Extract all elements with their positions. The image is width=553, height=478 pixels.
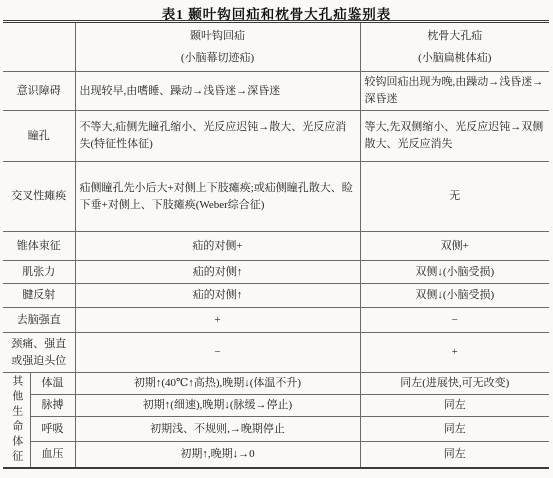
- row-label: 腱反射: [3, 284, 75, 308]
- cell-foramen: 双侧+: [360, 232, 549, 261]
- cell-uncal: 初期↑,晚期↓→0: [75, 442, 360, 468]
- row-label: 瞳孔: [3, 111, 75, 162]
- row-tendon-reflex: 腱反射 疝的对侧↑ 双侧↓(小脑受损): [3, 284, 549, 308]
- header-foramen-line2: (小脑扁桃体疝): [365, 47, 546, 69]
- cell-foramen: −: [360, 308, 549, 333]
- cell-foramen: 同左: [360, 395, 549, 417]
- cell-uncal: 初期↑(细速),晚期↓(脉缓→停止): [75, 395, 360, 417]
- cell-uncal: 出现较早,由嗜睡、躁动→浅昏迷→深昏迷: [75, 72, 360, 111]
- cell-uncal: 疝侧瞳孔先小后大+对侧上下肢瘫痪;或疝侧瞳孔散大、睑下垂+对侧上、下肢瘫痪(We…: [75, 162, 360, 232]
- row-label: 呼吸: [30, 417, 75, 442]
- cell-foramen: +: [360, 333, 549, 373]
- cell-foramen: 同左: [360, 442, 549, 468]
- header-empty-cell: [3, 22, 75, 72]
- row-label: 颈痛、强直或强迫头位: [3, 333, 75, 373]
- row-label: 血压: [30, 442, 75, 468]
- header-uncal-line1: 颞叶钩回疝: [80, 25, 356, 47]
- row-pupils: 瞳孔 不等大,疝侧先瞳孔缩小、光反应迟钝→散大、光反应消失(特征性体征) 等大,…: [3, 111, 549, 162]
- cell-foramen: 双侧↓(小脑受损): [360, 284, 549, 308]
- cell-foramen: 同左: [360, 417, 549, 442]
- row-neck-pain-rigidity: 颈痛、强直或强迫头位 − +: [3, 333, 549, 373]
- cell-uncal: −: [75, 333, 360, 373]
- cell-uncal: 疝的对侧+: [75, 232, 360, 261]
- differential-diagnosis-table: 颞叶钩回疝 (小脑幕切迹疝) 枕骨大孔疝 (小脑扁桃体疝) 意识障碍 出现较早,…: [3, 20, 549, 469]
- row-pyramidal-signs: 锥体束征 疝的对侧+ 双侧+: [3, 232, 549, 261]
- header-uncal-herniation: 颞叶钩回疝 (小脑幕切迹疝): [75, 22, 360, 72]
- row-label: 肌张力: [3, 261, 75, 284]
- row-label: 交叉性瘫痪: [3, 162, 75, 232]
- header-uncal-line2: (小脑幕切迹疝): [80, 47, 356, 69]
- cell-uncal: 初期浅、不规则,→晚期停止: [75, 417, 360, 442]
- row-label: 去脑强直: [3, 308, 75, 333]
- header-foramen-line1: 枕骨大孔疝: [365, 25, 546, 47]
- row-consciousness: 意识障碍 出现较早,由嗜睡、躁动→浅昏迷→深昏迷 较钩回疝出现为晚,由躁动→浅昏…: [3, 72, 549, 111]
- cell-uncal: 疝的对侧↑: [75, 284, 360, 308]
- vital-signs-group-label: 其他生命体征: [3, 373, 30, 469]
- row-body-temperature: 其他生命体征 体温 初期↑(40℃↑高热),晚期↓(体温不升) 同左(进展快,可…: [3, 373, 549, 395]
- cell-foramen: 较钩回疝出现为晚,由躁动→浅昏迷→深昏迷: [360, 72, 549, 111]
- cell-foramen: 双侧↓(小脑受损): [360, 261, 549, 284]
- row-pulse: 脉搏 初期↑(细速),晚期↓(脉缓→停止) 同左: [3, 395, 549, 417]
- vital-signs-group-text: 其他生命体征: [11, 375, 22, 465]
- header-foramen-magnum-herniation: 枕骨大孔疝 (小脑扁桃体疝): [360, 22, 549, 72]
- row-muscle-tone: 肌张力 疝的对侧↑ 双侧↓(小脑受损): [3, 261, 549, 284]
- cell-uncal: 疝的对侧↑: [75, 261, 360, 284]
- row-blood-pressure: 血压 初期↑,晚期↓→0 同左: [3, 442, 549, 468]
- cell-foramen: 等大,先双侧缩小、光反应迟钝→双侧散大、光反应消失: [360, 111, 549, 162]
- row-label: 意识障碍: [3, 72, 75, 111]
- row-label: 脉搏: [30, 395, 75, 417]
- cell-foramen: 无: [360, 162, 549, 232]
- cell-uncal: 不等大,疝侧先瞳孔缩小、光反应迟钝→散大、光反应消失(特征性体征): [75, 111, 360, 162]
- header-row: 颞叶钩回疝 (小脑幕切迹疝) 枕骨大孔疝 (小脑扁桃体疝): [3, 22, 549, 72]
- cell-uncal: 初期↑(40℃↑高热),晚期↓(体温不升): [75, 373, 360, 395]
- row-crossed-paralysis: 交叉性瘫痪 疝侧瞳孔先小后大+对侧上下肢瘫痪;或疝侧瞳孔散大、睑下垂+对侧上、下…: [3, 162, 549, 232]
- row-label: 体温: [30, 373, 75, 395]
- row-decerebrate-rigidity: 去脑强直 + −: [3, 308, 549, 333]
- cell-uncal: +: [75, 308, 360, 333]
- row-label: 锥体束征: [3, 232, 75, 261]
- row-respiration: 呼吸 初期浅、不规则,→晚期停止 同左: [3, 417, 549, 442]
- cell-foramen: 同左(进展快,可无改变): [360, 373, 549, 395]
